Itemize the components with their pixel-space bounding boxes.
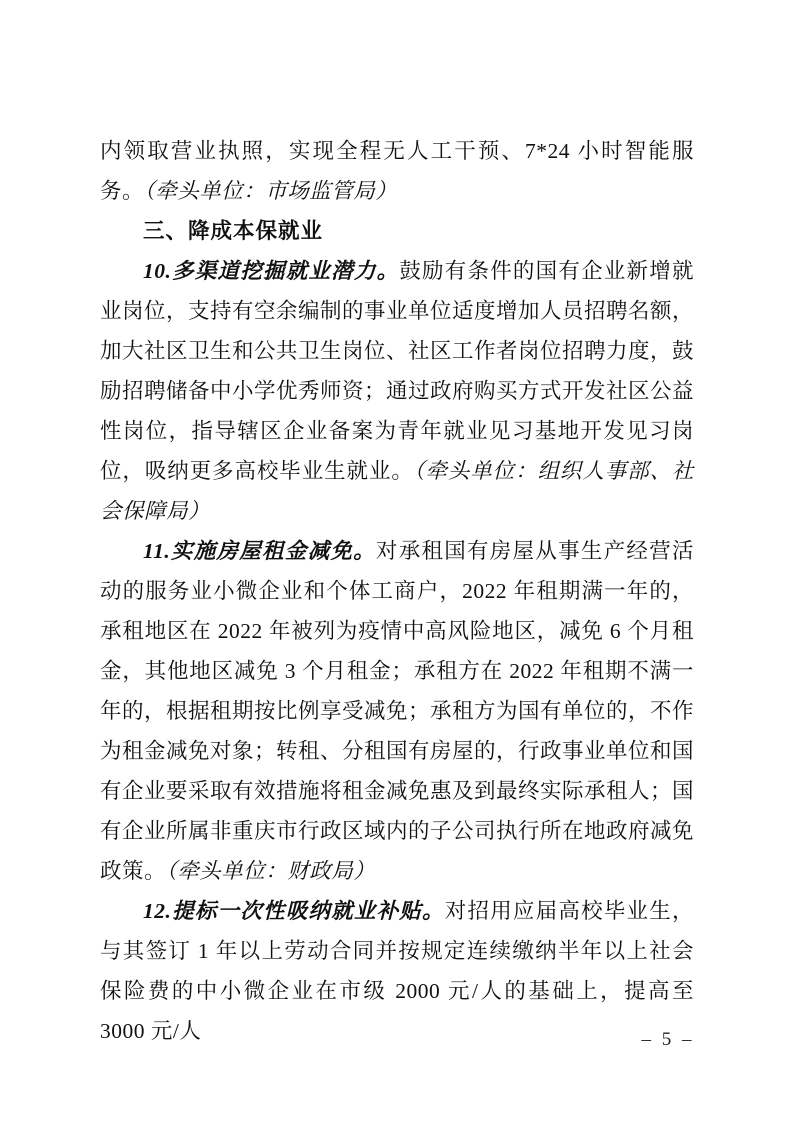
para-item-10: 10.多渠道挖掘就业潜力。鼓励有条件的国有企业新增就业岗位，支持有空余编制的事业… (100, 251, 694, 531)
page-body-text: 内领取营业执照，实现全程无人工干预、7*24 小时智能服务。（牵头单位：市场监管… (100, 131, 694, 1051)
para-continuation: 内领取营业执照，实现全程无人工干预、7*24 小时智能服务。（牵头单位：市场监管… (100, 131, 694, 211)
item-lead-text: 11.实施房屋租金减免。 (143, 539, 376, 563)
body-text: 鼓励有条件的国有企业新增就业岗位，支持有空余编制的事业单位适度增加人员招聘名额，… (100, 259, 694, 483)
para-item-12: 12.提标一次性吸纳就业补贴。对招用应届高校毕业生，与其签订 1 年以上劳动合同… (100, 891, 694, 1051)
lead-unit-note: （牵头单位：财政局） (166, 859, 375, 883)
item-lead-text: 10.多渠道挖掘就业潜力。 (143, 259, 399, 283)
document-page: 内领取营业执照，实现全程无人工干预、7*24 小时智能服务。（牵头单位：市场监管… (0, 0, 794, 1123)
lead-unit-note: （牵头单位：市场监管局） (144, 179, 397, 203)
page-number: – 5 – (628, 1028, 708, 1052)
item-lead-text: 12.提标一次性吸纳就业补贴。 (143, 899, 445, 923)
section-heading: 三、降成本保就业 (100, 211, 694, 251)
para-item-11: 11.实施房屋租金减免。对承租国有房屋从事生产经营活动的服务业小微企业和个体工商… (100, 531, 694, 891)
body-text: 对承租国有房屋从事生产经营活动的服务业小微企业和个体工商户，2022 年租期满一… (100, 539, 694, 883)
